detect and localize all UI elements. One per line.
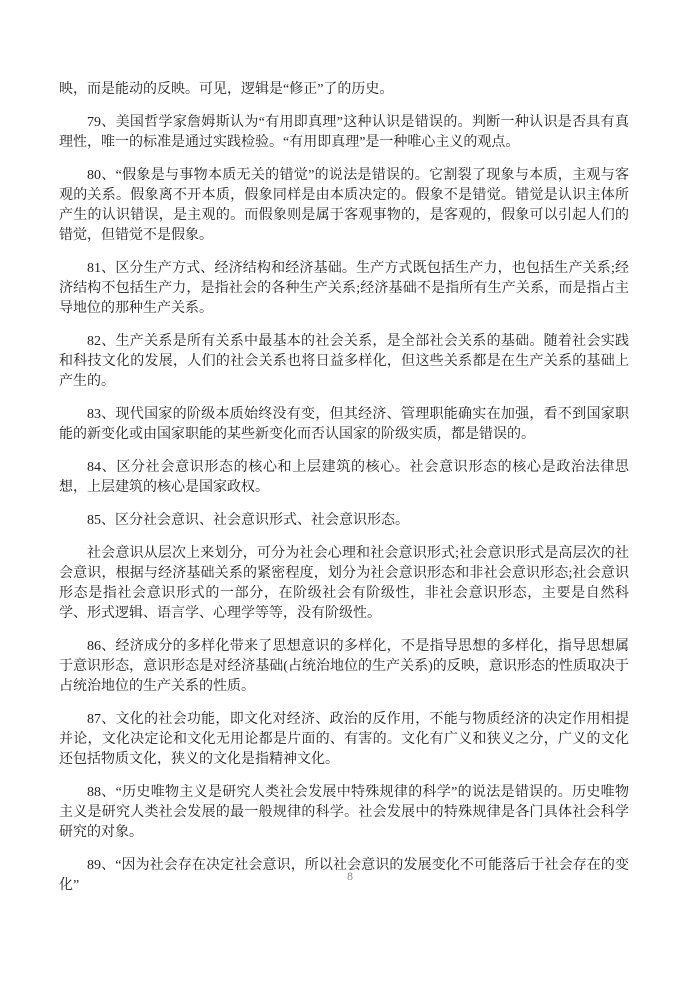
paragraph-note-88: 88、“历史唯物主义是研究人类社会发展中特殊规律的科学”的说法是错误的。历史唯物… bbox=[59, 783, 629, 843]
paragraph-note-82: 82、生产关系是所有关系中最基本的社会关系，是全部社会关系的基础。随着社会实践和… bbox=[59, 332, 629, 392]
document-page: 映，而是能动的反映。可见，逻辑是“修正”了的历史。 79、美国哲学家詹姆斯认为“… bbox=[0, 0, 700, 989]
paragraph-note-79: 79、美国哲学家詹姆斯认为“有用即真理”这种认识是错误的。判断一种认识是否具有真… bbox=[59, 113, 629, 153]
paragraph-note-83: 83、现代国家的阶级本质始终没有变，但其经济、管理职能确实在加强，看不到国家职能… bbox=[59, 405, 629, 445]
page-number: 8 bbox=[0, 868, 700, 884]
paragraph-note-85-detail: 社会意识从层次上来划分，可分为社会心理和社会意识形式;社会意识形式是高层次的社会… bbox=[59, 544, 629, 624]
paragraph-note-84: 84、区分社会意识形态的核心和上层建筑的核心。社会意识形态的核心是政治法律思想，… bbox=[59, 458, 629, 498]
paragraph-continuation: 映，而是能动的反映。可见，逻辑是“修正”了的历史。 bbox=[59, 80, 629, 100]
paragraph-note-86: 86、经济成分的多样化带来了思想意识的多样化，不是指导思想的多样化，指导思想属于… bbox=[59, 637, 629, 697]
paragraph-note-85: 85、区分社会意识、社会意识形式、社会意识形态。 bbox=[59, 511, 629, 531]
paragraph-note-87: 87、文化的社会功能，即文化对经济、政治的反作用，不能与物质经济的决定作用相提并… bbox=[59, 710, 629, 770]
paragraph-note-81: 81、区分生产方式、经济结构和经济基础。生产方式既包括生产力，也包括生产关系;经… bbox=[59, 259, 629, 319]
paragraph-note-80: 80、“假象是与事物本质无关的错觉”的说法是错误的。它割裂了现象与本质，主观与客… bbox=[59, 166, 629, 246]
document-body: 映，而是能动的反映。可见，逻辑是“修正”了的历史。 79、美国哲学家詹姆斯认为“… bbox=[59, 80, 629, 909]
